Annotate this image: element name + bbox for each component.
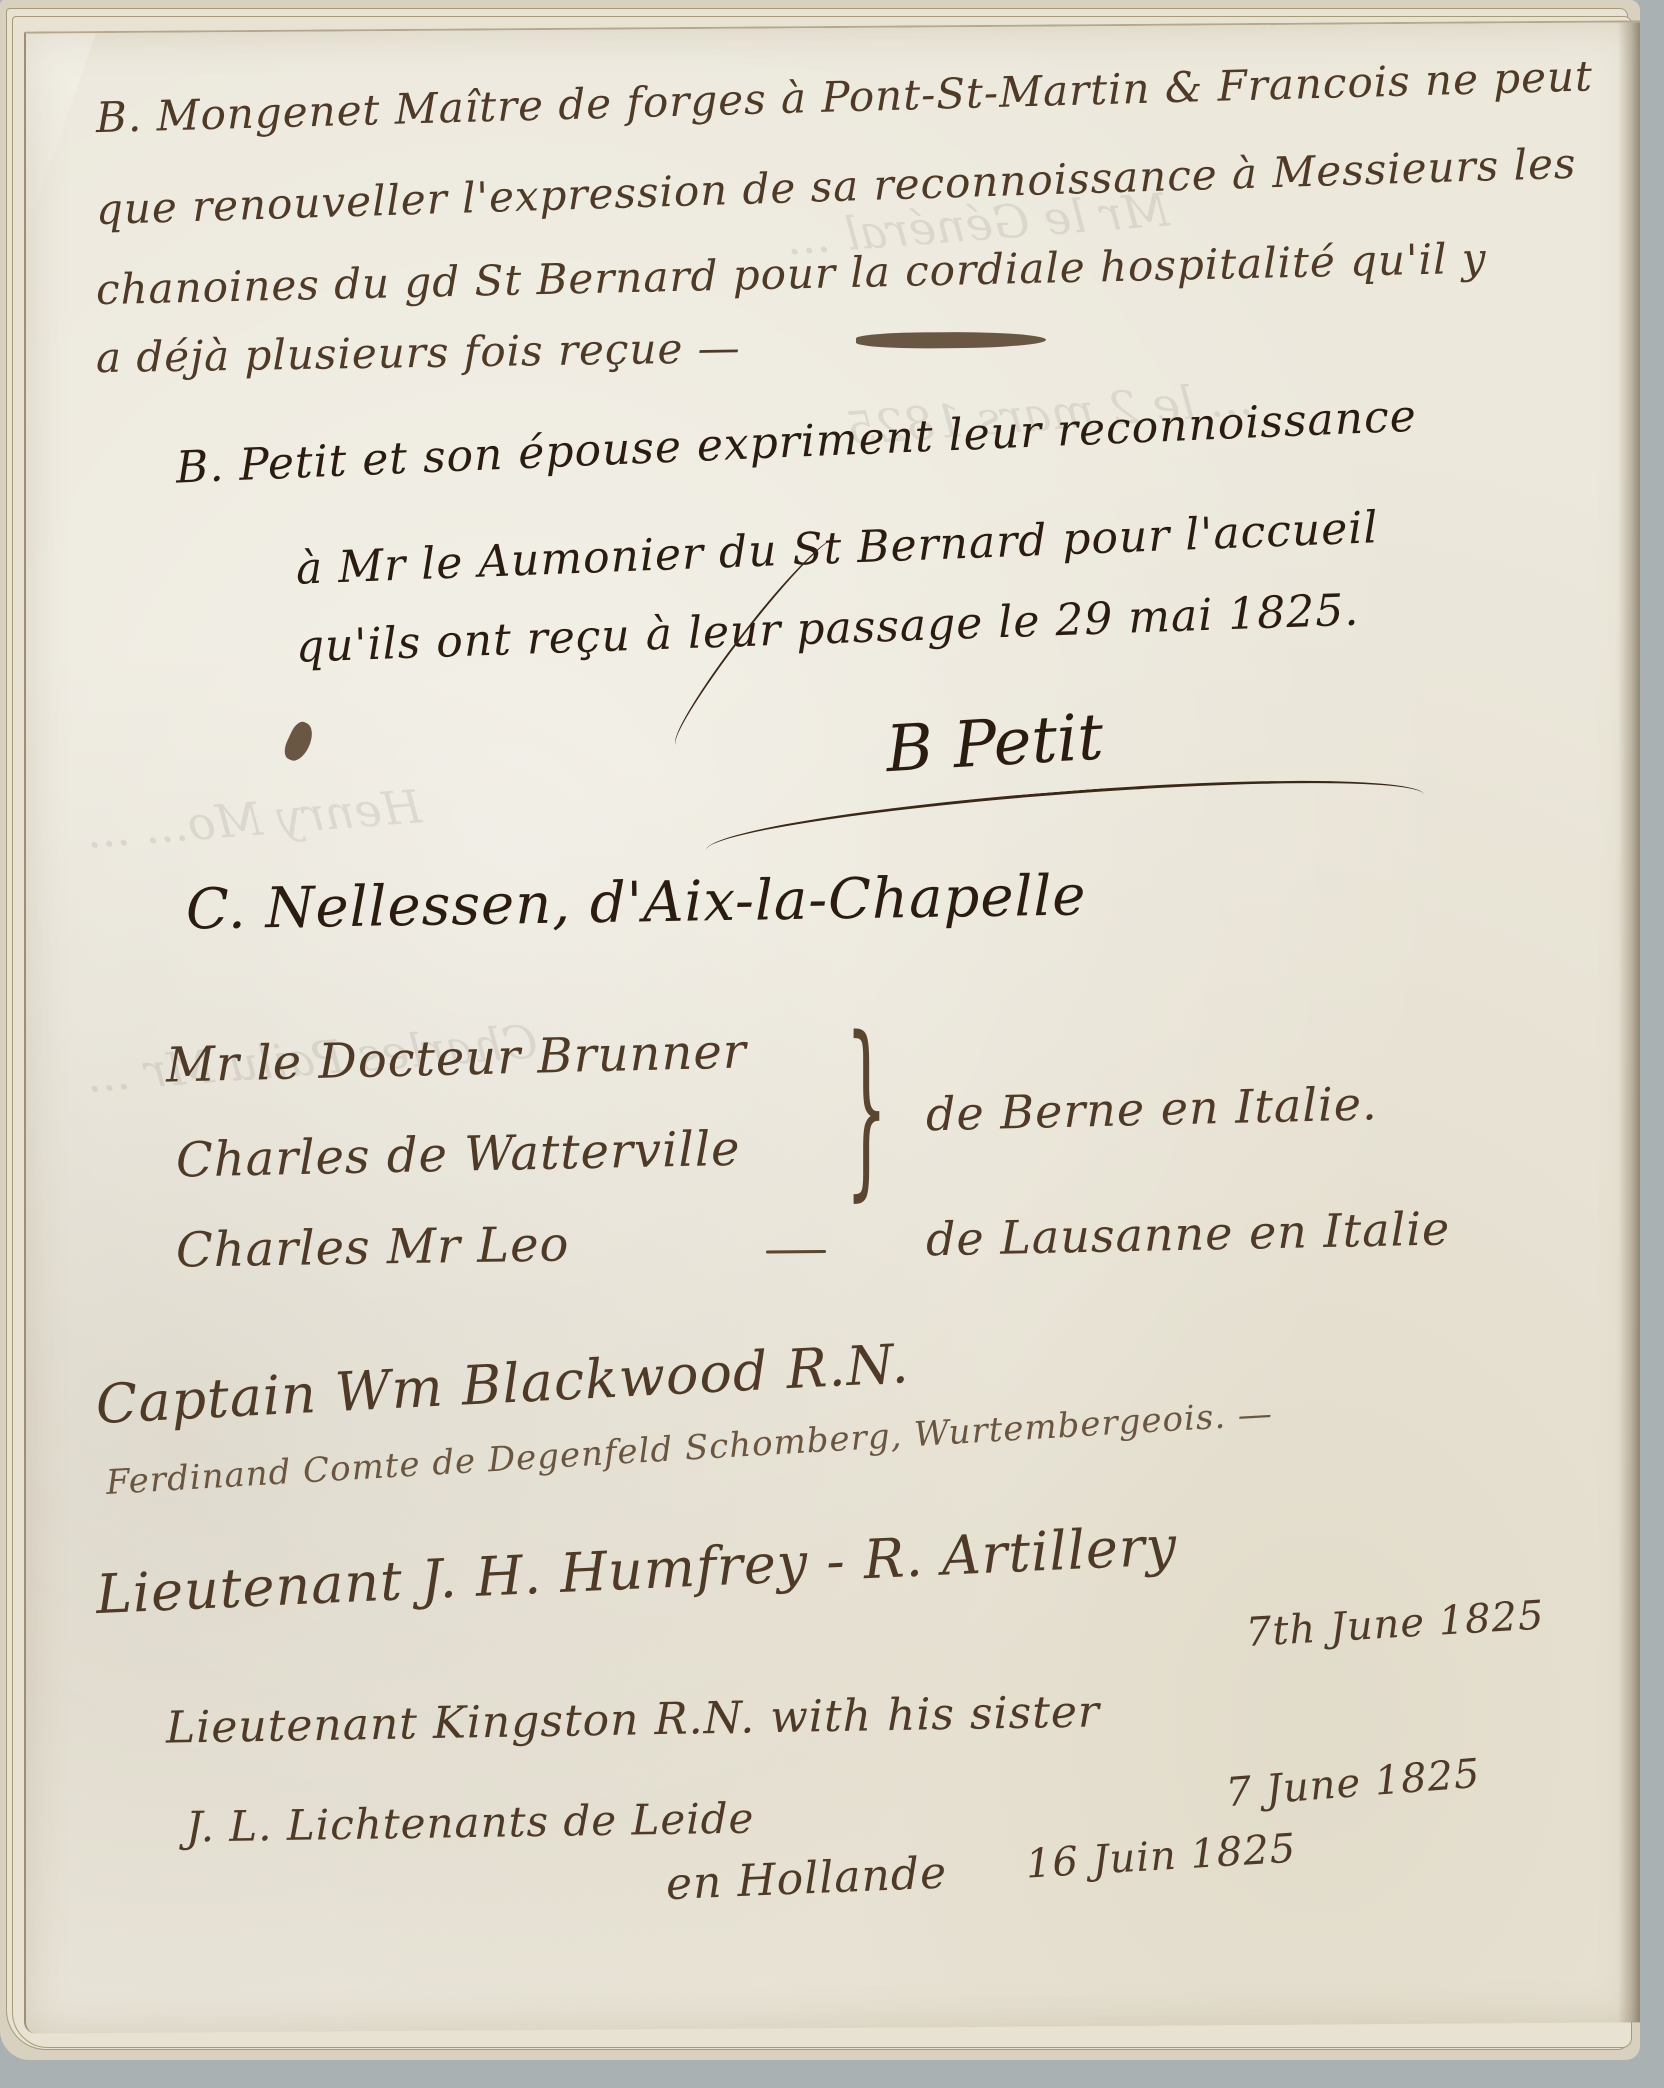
entry-date: 7th June 1825 (1245, 1592, 1546, 1656)
ink-blot (281, 719, 318, 765)
entry-text-line: qu'ils ont reçu à leur passage le 29 mai… (295, 585, 1360, 673)
bleed-through-text: Henry Mo... ... (85, 779, 424, 859)
entry-text-line: Lieutenant J. H. Humfrey - R. Artillery (95, 1514, 1178, 1626)
guest-name: Charles de Watterville (176, 1121, 741, 1189)
guest-origin: de Lausanne en Italie (926, 1201, 1451, 1266)
entry-text-line: B. Petit et son épouse expriment leur re… (175, 391, 1417, 494)
guest-name: Mr le Docteur Brunner (166, 1023, 748, 1093)
entry-date: 7 June 1825 (1224, 1751, 1481, 1816)
entry-text-line: a déjà plusieurs fois reçue — (96, 323, 741, 382)
entry-text-line: en Hollande (665, 1847, 948, 1910)
entry-nellessen: C. Nellessen, d'Aix-la-Chapelle (186, 863, 1087, 942)
entry-text-line: J. L. Lichtenants de Leide (186, 1794, 755, 1852)
entry-blackwood: Captain Wm Blackwood R.N. (95, 1332, 911, 1436)
entry-text-line: à Mr le Aumonier du St Bernard pour l'ac… (295, 502, 1379, 595)
binding-gutter (1618, 22, 1640, 2022)
entry-text-line: chanoines du gd St Bernard pour la cordi… (96, 234, 1487, 315)
ink-blot (856, 332, 1046, 349)
manuscript-page: Charles Pailu Mr ... ... le 2 mars 1825 … (24, 20, 1640, 2033)
curly-brace: } (845, 1013, 887, 1203)
guest-origin: de Berne en Italie. (926, 1076, 1378, 1141)
entry-date: 16 Juin 1825 (1025, 1826, 1298, 1888)
guest-name: Charles Mr Leo (176, 1216, 570, 1278)
dash (766, 1250, 826, 1253)
folded-corner (26, 33, 96, 233)
signature: B Petit (884, 700, 1105, 787)
entry-text-line: B. Mongenet Maître de forges à Pont-St-M… (95, 51, 1593, 142)
entry-text-line: Lieutenant Kingston R.N. with his sister (166, 1686, 1100, 1753)
entry-text-line: que renouveller l'expression de sa recon… (95, 139, 1577, 234)
